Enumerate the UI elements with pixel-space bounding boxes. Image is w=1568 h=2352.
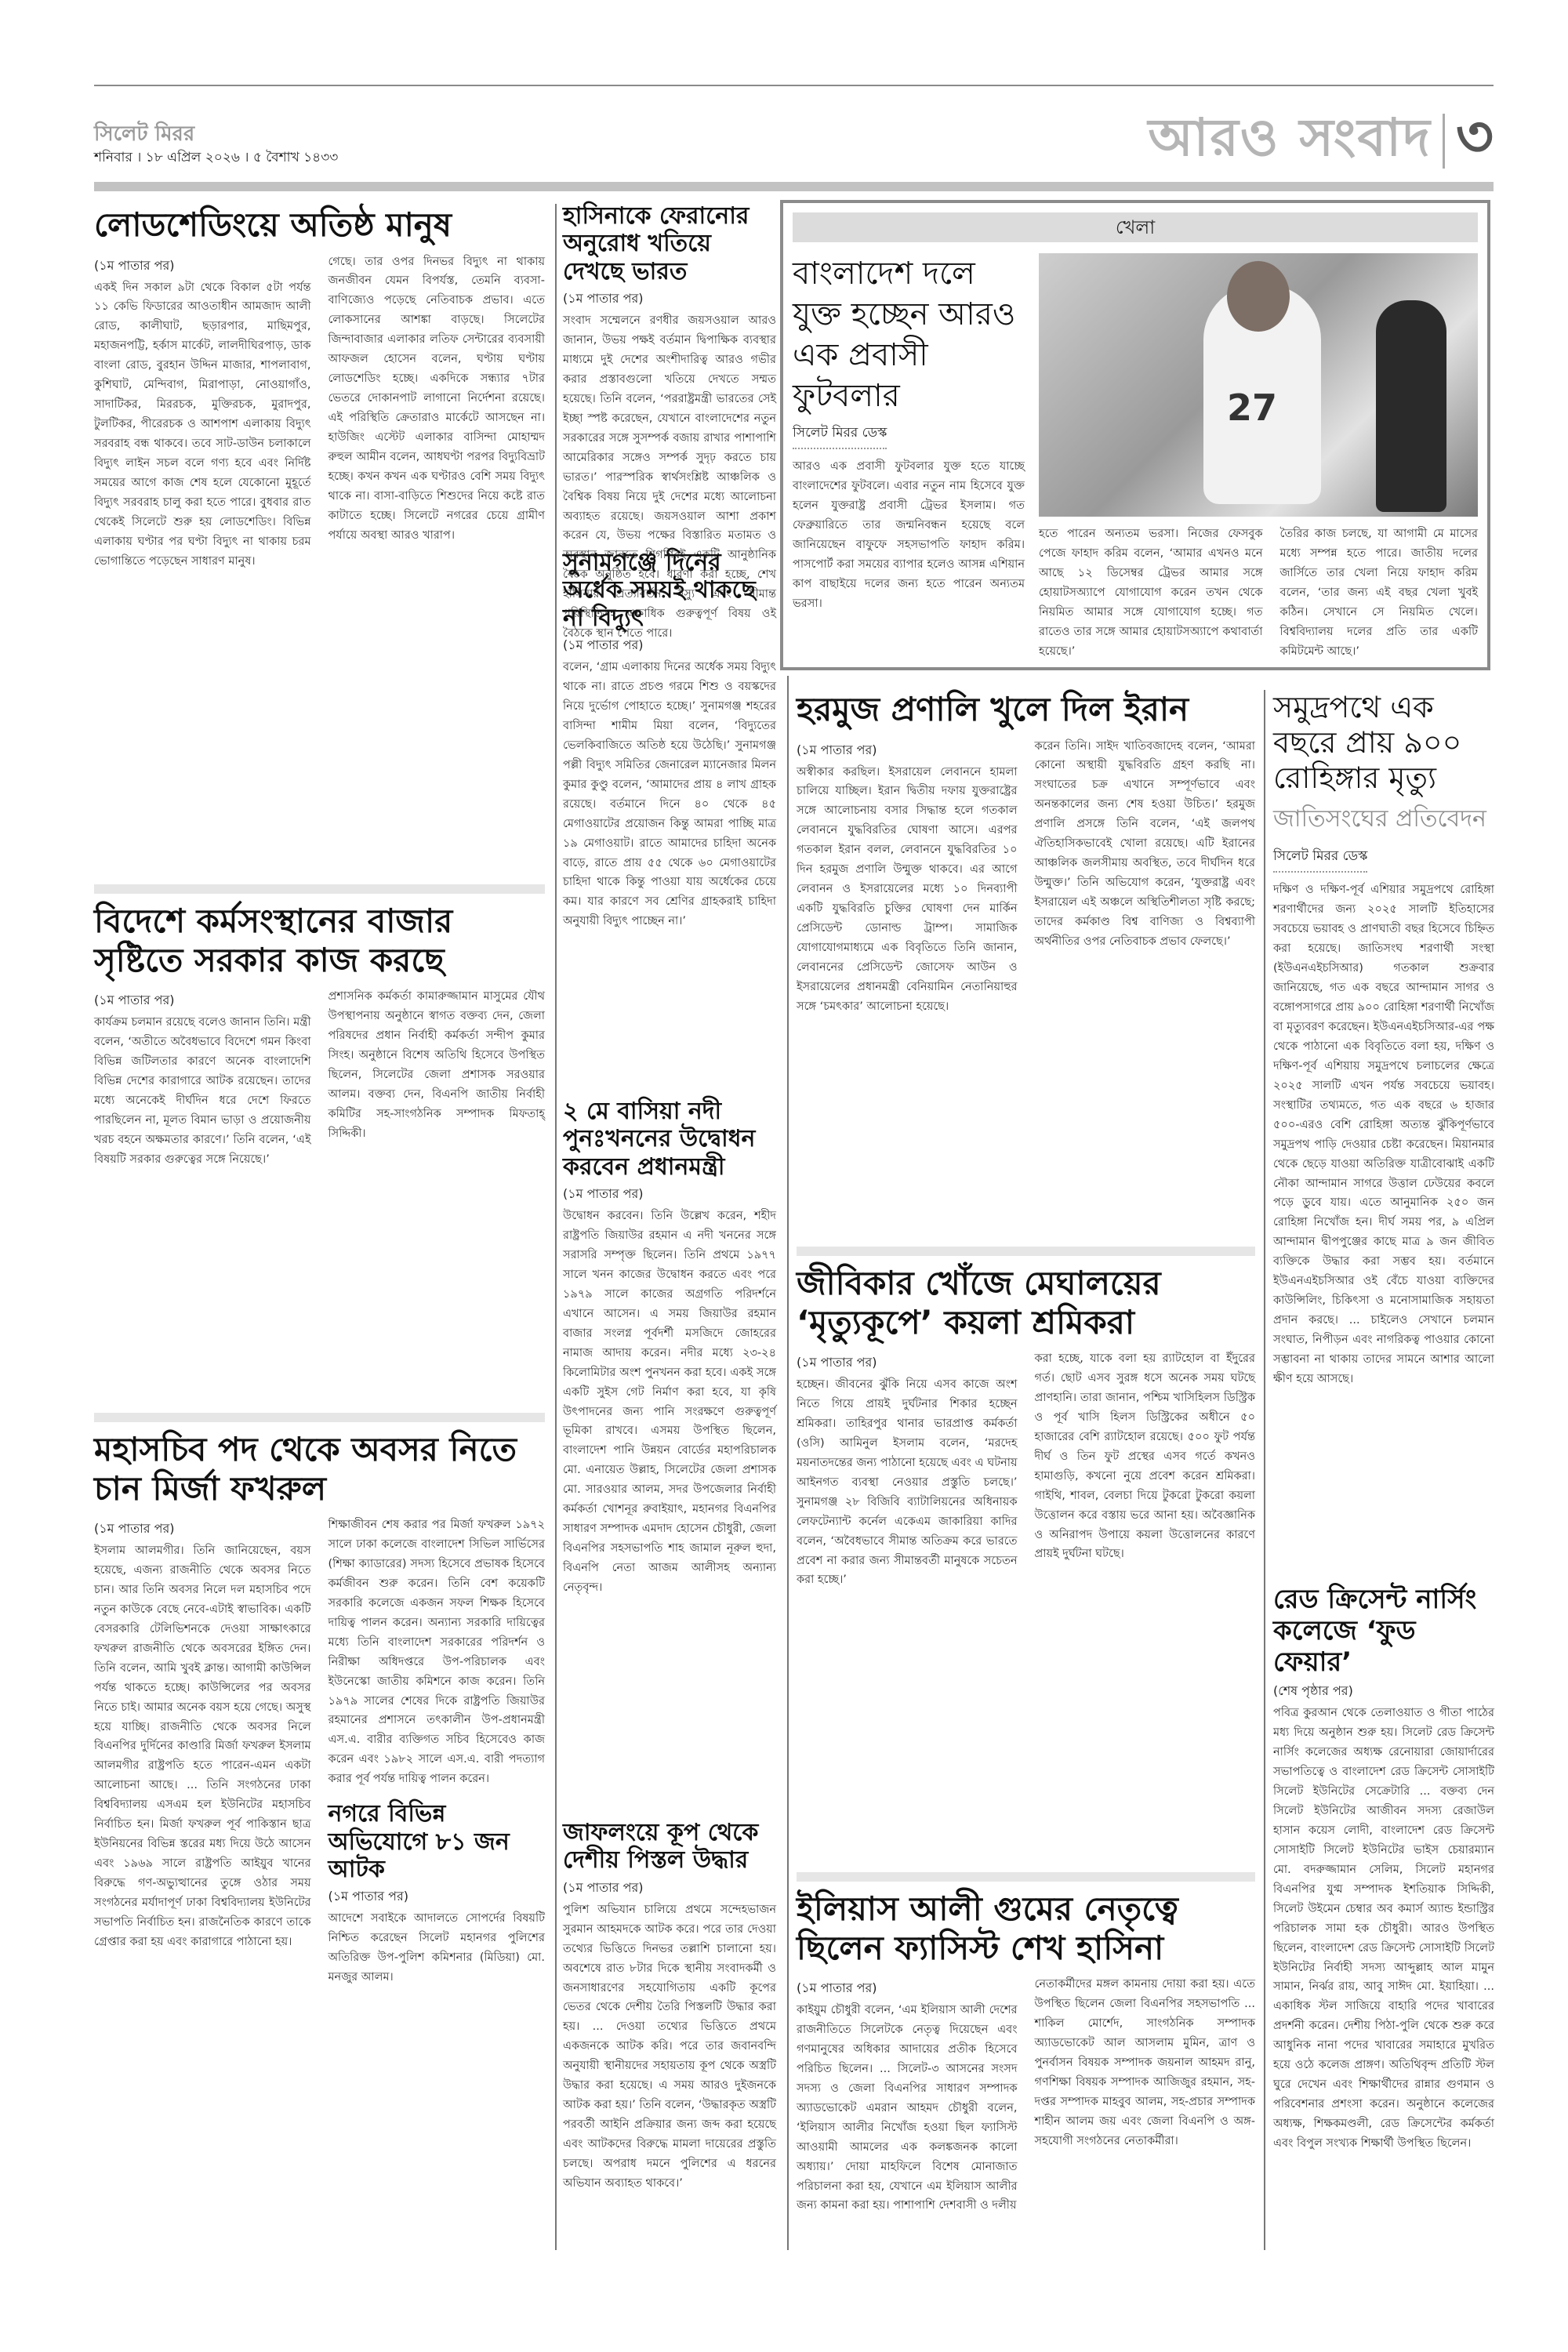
article-text: হচ্ছেন। জীবনের ঝুঁকি নিয়ে এসব কাজে অংশ … xyxy=(797,1375,1018,1590)
headline[interactable]: সমুদ্রপথে এক বছরে প্রায় ৯০০ রোহিঙ্গার ম… xyxy=(1273,690,1494,795)
sports-section-label: খেলা xyxy=(793,212,1478,242)
continued-label: (১ম পাতার পর) xyxy=(94,256,311,277)
article-text: আদেশে সবাইকে আদালতে সোপর্দের বিষয়টি নিশ… xyxy=(328,1909,546,1987)
article-text: পুলিশ অভিযান চালিয়ে প্রথমে সন্দেহভাজন স… xyxy=(563,1900,776,2194)
article-meghalaya: জীবিকার খোঁজে মেঘালয়ের ‘মৃত্যুকূপে’ কয়… xyxy=(797,1239,1255,1590)
continued-label: (শেষ পৃষ্ঠার পর) xyxy=(1273,1681,1494,1702)
article-text: পবিত্র কুরআন থেকে তেলাওয়াত ও গীতা পাঠের… xyxy=(1273,1704,1494,2154)
continued-label: (১ম পাতার পর) xyxy=(563,289,776,310)
article-text: একই দিন সকাল ৯টা থেকে বিকাল ৫টা পর্যন্ত … xyxy=(94,278,311,572)
headline[interactable]: বিদেশে কর্মসংস্থানের বাজার সৃষ্টিতে সরকা… xyxy=(94,902,545,979)
article-rohingya: সমুদ্রপথে এক বছরে প্রায় ৯০০ রোহিঙ্গার ম… xyxy=(1273,690,1494,1389)
article-text: কার্যক্রম চলমান রয়েছে বলেও জানান তিনি। … xyxy=(94,1013,311,1170)
article-nogore: নগরে বিভিন্ন অভিযোগে ৮১ জন আটক (১ম পাতার… xyxy=(328,1800,546,1987)
divider-bar xyxy=(797,1872,1255,1882)
continued-label: (১ম পাতার পর) xyxy=(797,1352,1018,1374)
section-header: আরও সংবাদ ৩ xyxy=(1148,93,1494,189)
continued-label: (১ম পাতার পর) xyxy=(797,1978,1018,1999)
page-number: ৩ xyxy=(1456,93,1494,189)
continued-label: (১ম পাতার পর) xyxy=(797,740,1018,761)
date-line: শনিবার । ১৮ এপ্রিল ২০২৬ । ৫ বৈশাখ ১৪৩৩ xyxy=(94,147,338,169)
sports-box: খেলা বাংলাদেশ দলে যুক্ত হচ্ছেন আরও এক প্… xyxy=(780,200,1490,670)
article-hormuz: হরমুজ প্রণালি খুলে দিল ইরান (১ম পাতার পর… xyxy=(797,690,1255,1017)
article-bidesh: বিদেশে কর্মসংস্থানের বাজার সৃষ্টিতে সরকা… xyxy=(94,877,545,1170)
article-loadshedding: লোডশেডিংয়ে অতিষ্ঠ মানুষ (১ম পাতার পর) এ… xyxy=(94,205,545,572)
headline[interactable]: বাংলাদেশ দলে যুক্ত হচ্ছেন আরও এক প্রবাসী… xyxy=(793,253,1025,416)
column-rule xyxy=(555,204,557,2250)
article-text: প্রশাসনিক কর্মকর্তা কামারুজ্জামান মাসুমে… xyxy=(328,987,546,1144)
headline[interactable]: জাফলংয়ে কূপ থেকে দেশীয় পিস্তল উদ্ধার xyxy=(563,1819,776,1875)
footballer-photo[interactable]: 27 xyxy=(1039,253,1478,517)
divider-bar xyxy=(94,884,545,894)
section-name: আরও সংবাদ xyxy=(1148,98,1431,184)
article-text: আরও এক প্রবাসী ফুটবলার যুক্ত হতে যাচ্ছে … xyxy=(793,457,1025,614)
article-text: বলেন, ‘গ্রাম এলাকায় দিনের অর্ধেক সময় ব… xyxy=(563,658,776,931)
photo-figure xyxy=(1376,300,1446,512)
article-text: অস্বীকার করছিল। ইসরায়েল লেবাননে হামলা চ… xyxy=(797,763,1018,1017)
byline: সিলেট মিরর ডেস্ক xyxy=(1273,846,1367,873)
continued-label: (১ম পাতার পর) xyxy=(563,635,776,656)
article-sunamganj: সুনামগঞ্জে দিনের অর্ধেক সময়ই থাকছে না ব… xyxy=(563,549,776,931)
divider-bar xyxy=(94,1413,545,1422)
continued-label: (১ম পাতার পর) xyxy=(563,1184,776,1205)
headline[interactable]: ইলিয়াস আলী গুমের নেতৃত্বে ছিলেন ফ্যাসিস… xyxy=(797,1889,1255,1967)
article-text: ইসলাম আলমগীর। তিনি জানিয়েছেন, বয়স হয়ে… xyxy=(94,1541,311,1952)
article-text: করা হচ্ছে, যাকে বলা হয় র‍্যাটহোল বা ইঁদ… xyxy=(1035,1349,1256,1564)
article-basia: ২ মে বাসিয়া নদী পুনঃখননের উদ্বোধন করবেন… xyxy=(563,1098,776,1598)
article-text: উদ্বোধন করবেন। তিনি উল্লেখ করেন, শহীদ রা… xyxy=(563,1207,776,1598)
article-ilias: ইলিয়াস আলী গুমের নেতৃত্বে ছিলেন ফ্যাসিস… xyxy=(797,1864,1255,2216)
continued-label: (১ম পাতার পর) xyxy=(94,990,311,1011)
headline[interactable]: মহাসচিব পদ থেকে অবসর নিতে চান মির্জা ফখর… xyxy=(94,1430,545,1508)
article-redcrescent: রেড ক্রিসেন্ট নার্সিং কলেজে ‘ফুড ফেয়ার’… xyxy=(1273,1584,1494,2154)
continued-label: (১ম পাতার পর) xyxy=(328,1886,546,1907)
article-text: করেন তিনি। সাইদ খাতিবজাদেহ বলেন, ‘আমরা ক… xyxy=(1035,737,1256,952)
headline[interactable]: হাসিনাকে ফেরানোর অনুরোধ খতিয়ে দেখছে ভার… xyxy=(563,202,776,285)
article-text: গেছে। তার ওপর দিনভর বিদ্যুৎ না থাকায় জন… xyxy=(328,252,546,546)
header-bar xyxy=(94,182,1494,191)
article-text: হতে পারেন অন্যতম ভরসা। নিজের ফেসবুক পেজে… xyxy=(1039,524,1263,662)
photo-player-head xyxy=(1227,261,1290,332)
headline[interactable]: জীবিকার খোঁজে মেঘালয়ের ‘মৃত্যুকূপে’ কয়… xyxy=(797,1264,1255,1341)
article-text: নেতাকর্মীদের মঙ্গল কামনায় দোয়া করা হয়… xyxy=(1035,1975,1256,2151)
jersey-number: 27 xyxy=(1227,387,1277,429)
divider-bar xyxy=(797,1247,1255,1256)
subheadline: জাতিসংঘের প্রতিবেদন xyxy=(1273,800,1494,840)
headline[interactable]: ২ মে বাসিয়া নদী পুনঃখননের উদ্বোধন করবেন… xyxy=(563,1098,776,1181)
column-rule xyxy=(1264,690,1265,2250)
article-text: তৈরির কাজ চলছে, যা আগামী মে মাসের মধ্যে … xyxy=(1280,524,1479,662)
headline[interactable]: হরমুজ প্রণালি খুলে দিল ইরান xyxy=(797,690,1255,729)
byline: সিলেট মিরর ডেস্ক xyxy=(793,423,887,449)
continued-label: (১ম পাতার পর) xyxy=(563,1878,776,1899)
article-text: কাইয়ুম চৌধুরী বলেন, ‘এম ইলিয়াস আলী দেশ… xyxy=(797,2001,1018,2216)
headline[interactable]: রেড ক্রিসেন্ট নার্সিং কলেজে ‘ফুড ফেয়ার’ xyxy=(1273,1584,1494,1678)
headline[interactable]: সুনামগঞ্জে দিনের অর্ধেক সময়ই থাকছে না ব… xyxy=(563,549,776,632)
article-text: শিক্ষাজীবন শেষ করার পর মির্জা ফখরুল ১৯৭২… xyxy=(328,1515,546,1789)
section-divider xyxy=(1443,114,1445,169)
headline[interactable]: লোডশেডিংয়ে অতিষ্ঠ মানুষ xyxy=(94,205,545,245)
continued-label: (১ম পাতার পর) xyxy=(94,1519,311,1540)
article-jaflong: জাফলংয়ে কূপ থেকে দেশীয় পিস্তল উদ্ধার (… xyxy=(563,1819,776,2194)
column-rule xyxy=(787,676,789,2250)
article-text: দক্ষিণ ও দক্ষিণ-পূর্ব এশিয়ার সমুদ্রপথে … xyxy=(1273,880,1494,1388)
article-mirza: মহাসচিব পদ থেকে অবসর নিতে চান মির্জা ফখর… xyxy=(94,1405,545,1987)
top-rule xyxy=(94,85,1494,86)
headline[interactable]: নগরে বিভিন্ন অভিযোগে ৮১ জন আটক xyxy=(328,1800,546,1883)
